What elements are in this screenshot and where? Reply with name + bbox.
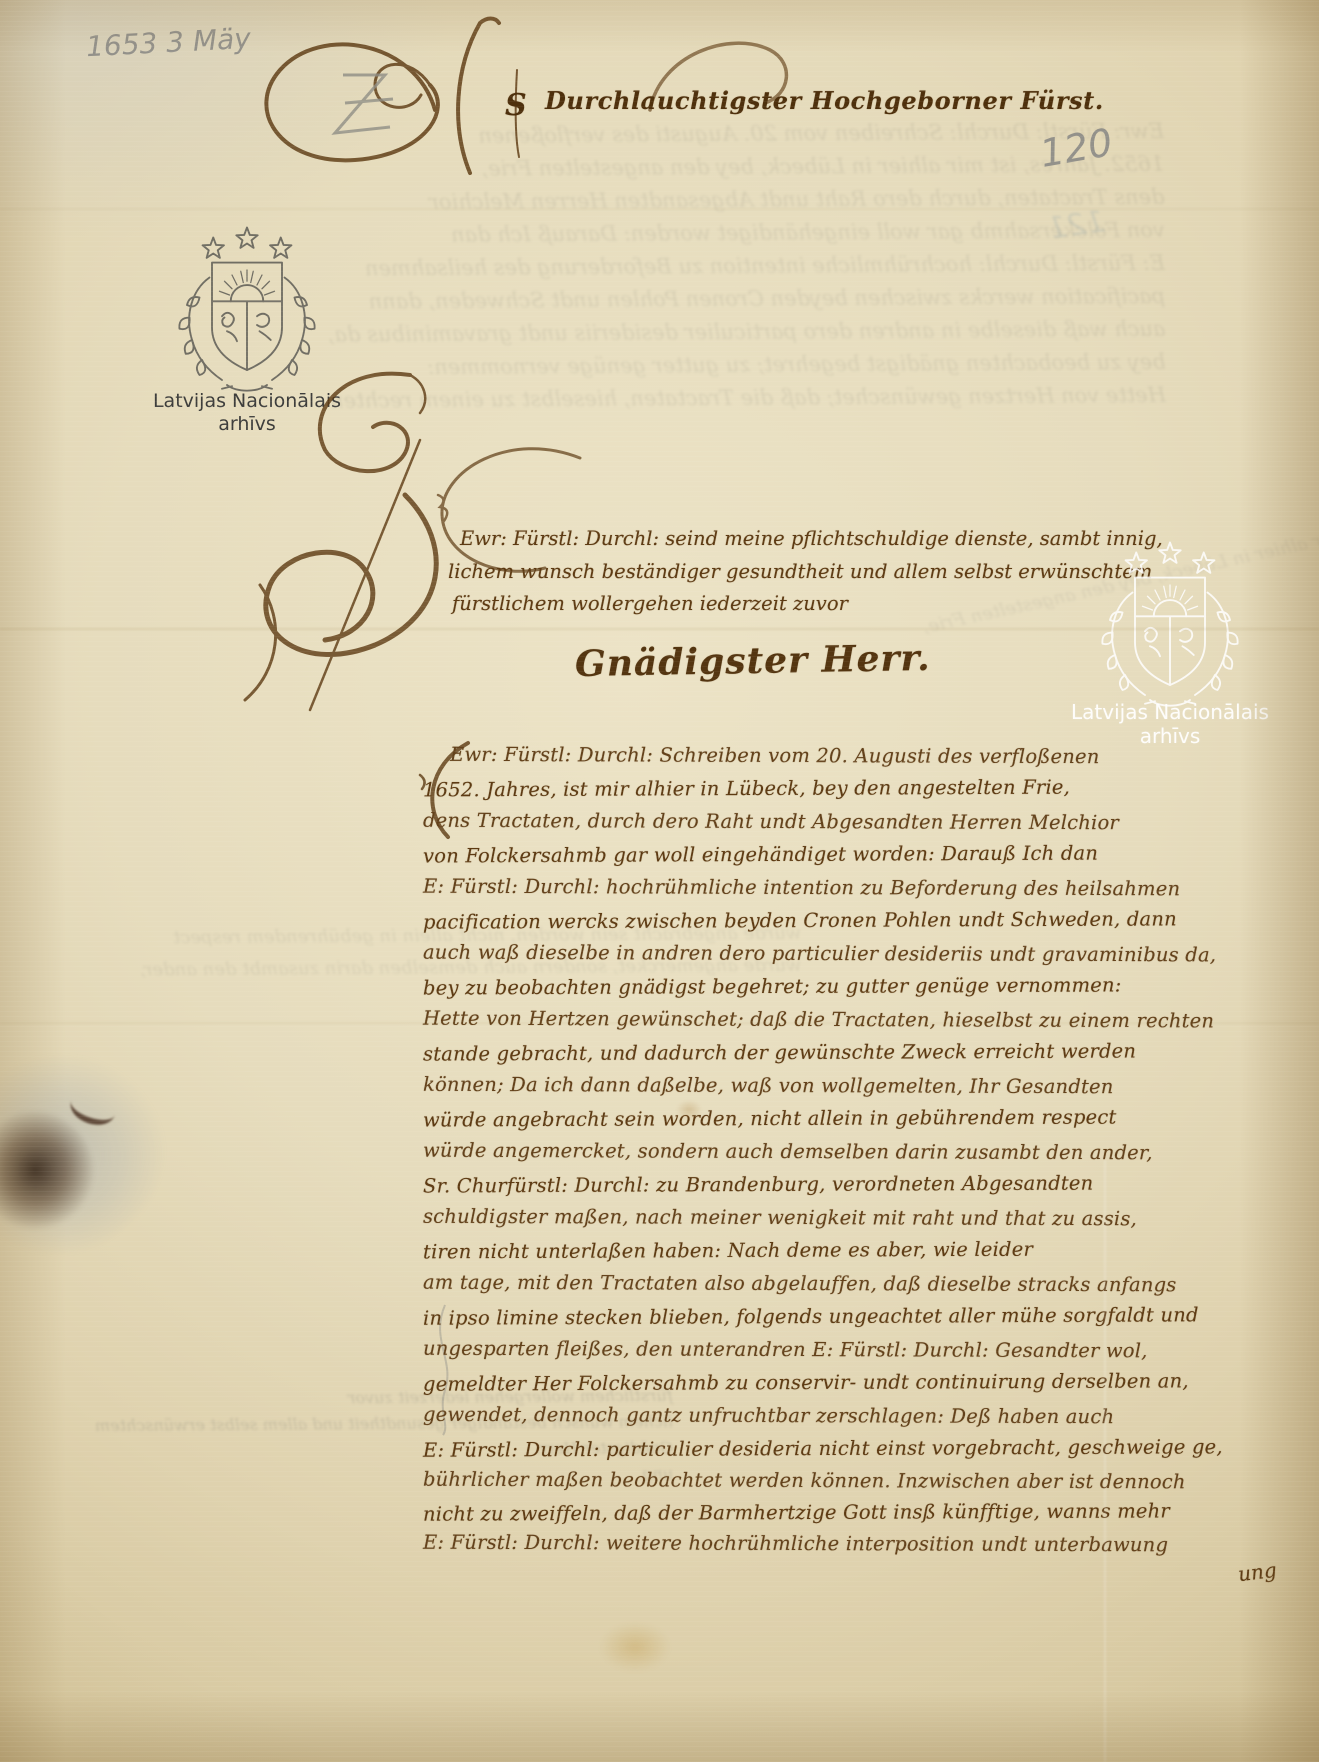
body-line: auch waß dieselbe in andren dero particu… <box>423 941 1216 967</box>
archive-name-line1: Latvijas Nacionālais <box>1065 700 1275 724</box>
heading-initial: S <box>505 88 527 123</box>
manuscript-page: Ewr: Fürstl: Durchl: Schreiben vom 20. A… <box>0 0 1319 1762</box>
body-line: ungesparten fleißes, den unterandren E: … <box>423 1337 1148 1363</box>
body-line: dens Tractaten, durch dero Raht undt Abg… <box>423 809 1119 834</box>
body-line: gemeldter Her Folckersahmb zu conservir-… <box>423 1369 1189 1395</box>
body-line: bührlicher maßen beobachtet werden könne… <box>423 1468 1186 1494</box>
paper-spot <box>600 1622 670 1672</box>
salutation-line: lichem wunsch beständiger gesundtheit un… <box>448 560 1152 583</box>
body-line: nicht zu zweiffeln, daß der Barmhertzige… <box>423 1499 1170 1525</box>
body-line: Ewr: Fürstl: Durchl: Schreiben vom 20. A… <box>450 743 1100 768</box>
body-line: stande gebracht, und dadurch der gewünsc… <box>423 1039 1136 1065</box>
address-heading: Gnädigster Herr. <box>575 637 931 685</box>
body-line: von Folckersahmb gar woll eingehändiget … <box>423 842 1098 868</box>
body-line: pacification wercks zwischen beyden Cron… <box>423 907 1177 933</box>
paper-crease <box>0 208 1319 210</box>
paper-crease <box>0 628 1319 630</box>
body-line: gewendet, dennoch gantz unfruchtbar zers… <box>423 1403 1114 1428</box>
body-line: bey zu beobachten gnädigst begehret; zu … <box>423 973 1122 999</box>
body-line: können; Da ich dann daßelbe, waß von wol… <box>423 1073 1114 1098</box>
body-line: 1652. Jahres, ist mir alhier in Lübeck, … <box>423 776 1070 802</box>
paper-spot-small <box>676 1100 702 1120</box>
body-line: E: Fürstl: Durchl: particulier desideria… <box>423 1435 1223 1461</box>
letter-heading: Durchlauchtigster Hochgeborner Fürst. <box>545 86 1104 115</box>
body-line: schuldigster maßen, nach meiner wenigkei… <box>423 1205 1137 1230</box>
catchword: ung <box>1237 1558 1278 1587</box>
body-line: am tage, mit den Tractaten also abgelauf… <box>423 1271 1177 1297</box>
salutation-line: fürstlichem wollergehen iederzeit zuvor <box>452 592 848 615</box>
body-line: E: Fürstl: Durchl: weitere hochrühmliche… <box>423 1531 1168 1557</box>
salutation-line: Ewr: Fürstl: Durchl: seind meine pflicht… <box>460 527 1163 550</box>
body-line: würde angemercket, sondern auch demselbe… <box>423 1139 1153 1165</box>
body-line: Sr. Churfürstl: Durchl: zu Brandenburg, … <box>423 1172 1093 1198</box>
paper-crease-vertical <box>1104 1160 1106 1762</box>
body-line: in ipso limine stecken blieben, folgends… <box>423 1303 1199 1329</box>
body-line: würde angebracht sein worden, nicht alle… <box>423 1105 1117 1131</box>
archive-watermark-label-light: Latvijas Nacionālais arhīvs <box>1065 700 1275 748</box>
paper-crease <box>0 1022 1319 1024</box>
body-line: tiren nicht unterlaßen haben: Nach deme … <box>423 1238 1033 1264</box>
body-line: Hette von Hertzen gewünschet; daß die Tr… <box>423 1007 1214 1033</box>
ink-flourish-left <box>215 355 465 735</box>
body-line: E: Fürstl: Durchl: hochrühmliche intenti… <box>423 875 1180 901</box>
